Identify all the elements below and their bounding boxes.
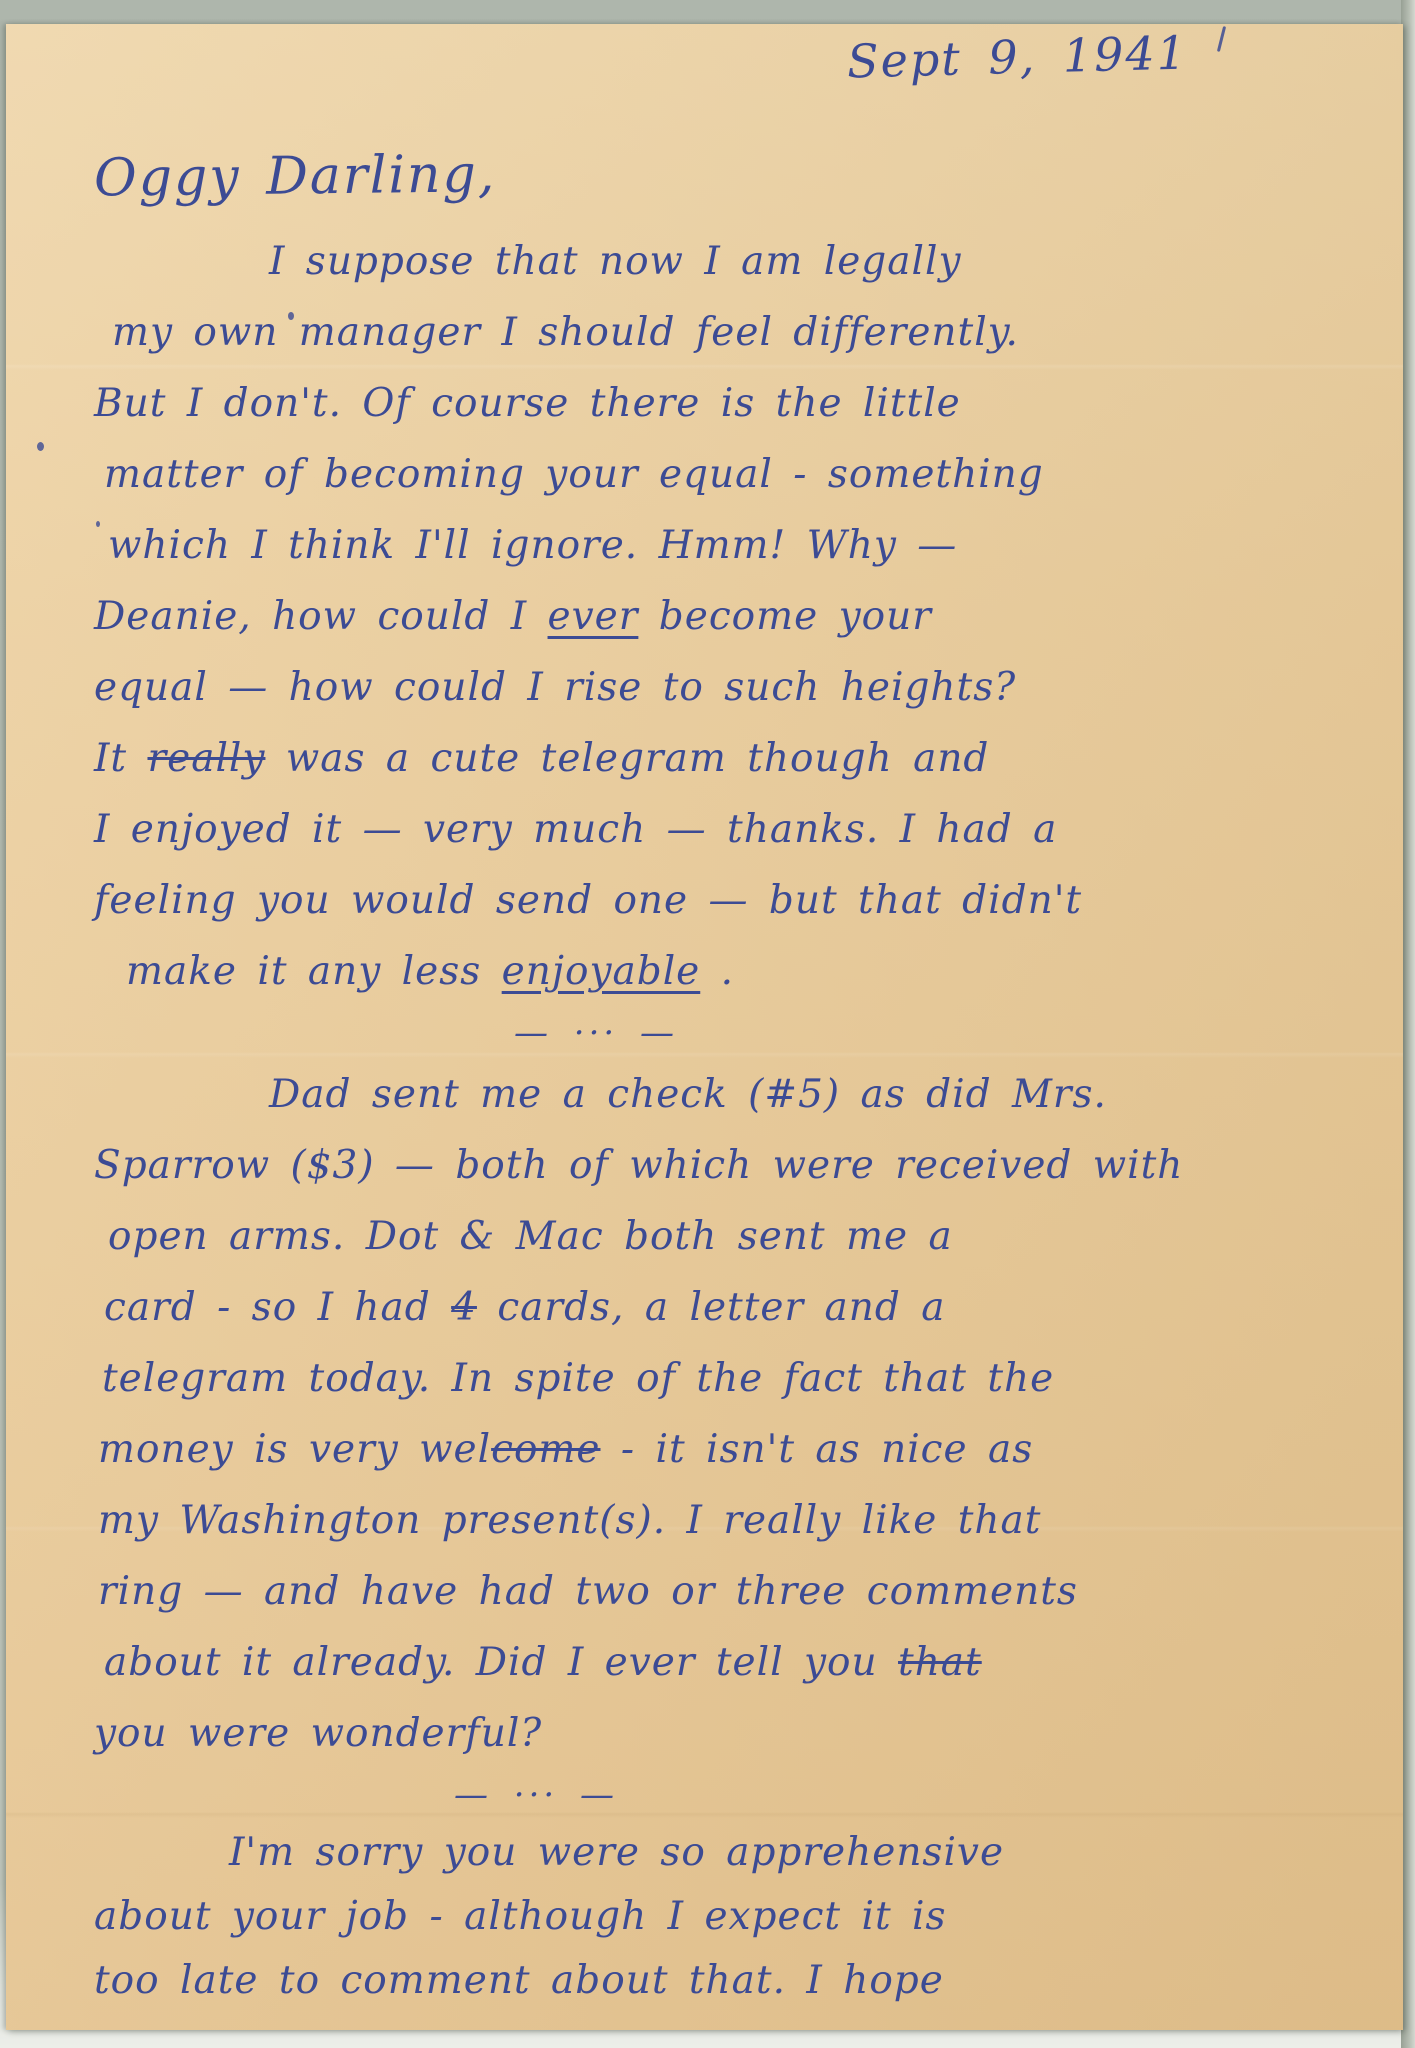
letter-text: about your job - although I expect it is (94, 1894, 947, 1939)
letter-line: It really was a cute telegram though and (94, 723, 1345, 794)
scanner-edge-shadow (1401, 0, 1415, 2048)
letter-text: really (147, 736, 265, 781)
letter-line: too late to comment about that. I hope (94, 1949, 1345, 2013)
letter-text: . (700, 949, 734, 994)
letter-text: I enjoyed it — very much — thanks. I had… (94, 807, 1057, 852)
letter-line: matter of becoming your equal - somethin… (94, 439, 1345, 510)
letter-text: It (94, 736, 147, 781)
section-divider: — ··· — (94, 1007, 1345, 1059)
letter-text: come (491, 1427, 600, 1472)
scanned-letter-page: { "colors": { "ink": "#3c4b94", "paper":… (0, 0, 1415, 2048)
letter-text: become your (638, 594, 932, 639)
letter-text: But I don't. Of course there is the litt… (94, 381, 961, 426)
letter-text: was a cute telegram though and (265, 736, 989, 781)
letter-salutation: Oggy Darling, (94, 117, 1346, 226)
letter-text: which I think I'll ignore. Hmm! Why — (108, 523, 957, 568)
letter-text: ring — and have had two or three comment… (98, 1569, 1078, 1614)
letter-text: telegram today. In spite of the fact tha… (102, 1356, 1054, 1401)
letter-text: enjoyable (502, 949, 701, 994)
letter-paragraph: Dad sent me a check (#5) as did Mrs.Spar… (94, 1059, 1345, 1769)
letter-line: about your job - although I expect it is (94, 1885, 1345, 1949)
letter-body: Oggy Darling, I suppose that now I am le… (94, 124, 1345, 2013)
letter-line: Sparrow ($3) — both of which were receiv… (94, 1130, 1345, 1201)
letter-line: you were wonderful? (94, 1698, 1345, 1769)
letter-text: money is very wel (98, 1427, 491, 1472)
letter-paragraphs: I suppose that now I am legallymy own ma… (94, 226, 1345, 2013)
letter-line: my Washington present(s). I really like … (94, 1485, 1345, 1556)
letter-line: open arms. Dot & Mac both sent me a (94, 1201, 1345, 1272)
letter-text: feeling you would send one — but that di… (94, 878, 1082, 923)
letter-text: too late to comment about that. I hope (94, 1958, 944, 2003)
letter-line: my own manager I should feel differently… (94, 297, 1345, 368)
ink-dot (37, 442, 44, 451)
letter-line: I enjoyed it — very much — thanks. I had… (94, 794, 1345, 865)
letter-text: Sparrow ($3) — both of which were receiv… (94, 1143, 1183, 1188)
letter-text: about it already. Did I ever tell you (104, 1640, 898, 1685)
letter-text: open arms. Dot & Mac both sent me a (108, 1214, 953, 1259)
letter-line: card - so I had 4 cards, a letter and a (94, 1272, 1345, 1343)
letter-text: equal — how could I rise to such heights… (94, 665, 1016, 710)
letter-text: I suppose that now I am legally (269, 239, 962, 284)
letter-text: card - so I had (104, 1285, 451, 1330)
letter-line: But I don't. Of course there is the litt… (94, 368, 1345, 439)
letter-line: which I think I'll ignore. Hmm! Why — (94, 510, 1345, 581)
letter-text: - it isn't as nice as (601, 1427, 1034, 1472)
letter-line: I'm sorry you were so apprehensive (94, 1821, 1345, 1885)
letter-line: telegram today. In spite of the fact tha… (94, 1343, 1345, 1414)
letter-text: Dad sent me a check (#5) as did Mrs. (269, 1072, 1107, 1117)
letter-line: about it already. Did I ever tell you th… (94, 1627, 1345, 1698)
letter-paragraph: I suppose that now I am legallymy own ma… (94, 226, 1345, 1007)
letter-text: matter of becoming your equal - somethin… (104, 452, 1044, 497)
letter-line: make it any less enjoyable . (94, 936, 1345, 1007)
letter-line: ring — and have had two or three comment… (94, 1556, 1345, 1627)
letter-text: ever (548, 594, 639, 639)
letter-line: money is very welcome - it isn't as nice… (94, 1414, 1345, 1485)
letter-text: I'm sorry you were so apprehensive (229, 1830, 1004, 1875)
letter-line: feeling you would send one — but that di… (94, 865, 1345, 936)
letter-text: cards, a letter and a (477, 1285, 946, 1330)
pen-mark (1217, 26, 1226, 52)
letter-text: that (898, 1640, 982, 1685)
letter-text: Deanie, how could I (94, 594, 548, 639)
letter-text: make it any less (126, 949, 502, 994)
letter-paper: Sept 9, 1941 Oggy Darling, I suppose tha… (6, 24, 1403, 2030)
letter-paragraph: I'm sorry you were so apprehensiveabout … (94, 1821, 1345, 2013)
letter-text: you were wonderful? (94, 1711, 542, 1756)
letter-text: my Washington present(s). I really like … (98, 1498, 1041, 1543)
section-divider: — ··· — (94, 1769, 1345, 1821)
letter-line: Dad sent me a check (#5) as did Mrs. (94, 1059, 1345, 1130)
letter-date: Sept 9, 1941 (846, 26, 1188, 89)
letter-text: my own manager I should feel differently… (112, 310, 1019, 355)
letter-line: equal — how could I rise to such heights… (94, 652, 1345, 723)
letter-text: 4 (451, 1285, 477, 1330)
letter-line: I suppose that now I am legally (94, 226, 1345, 297)
letter-line: Deanie, how could I ever become your (94, 581, 1345, 652)
